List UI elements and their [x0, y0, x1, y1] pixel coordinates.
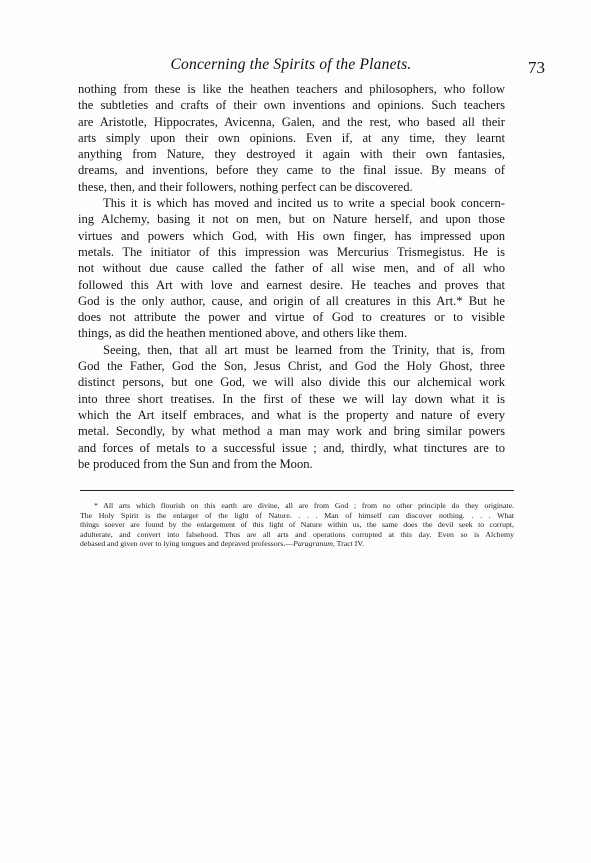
- book-page: Concerning the Spirits of the Planets. 7…: [0, 0, 591, 863]
- text-line: arts simply upon their own opinions. Eve…: [78, 130, 505, 146]
- footnote-line: things soever are found by the enlargeme…: [80, 520, 514, 530]
- footnote-text: debased and given over to lying tongues …: [80, 539, 293, 548]
- footnote-source-ref: , Tract IV.: [333, 539, 364, 548]
- text-line: things, as did the heathen mentioned abo…: [78, 325, 505, 341]
- footnote: * All arts which flourish on this earth …: [80, 501, 514, 549]
- text-line: nothing from these is like the heathen t…: [78, 81, 505, 97]
- footnote-line: The Holy Spirit is the enlarger of the l…: [80, 511, 514, 521]
- text-line: God is the only author, cause, and origi…: [78, 293, 505, 309]
- text-line: virtues and powers which God, with His o…: [78, 228, 505, 244]
- text-line: into three short treatises. In the first…: [78, 391, 505, 407]
- text-line: God the Father, God the Son, Jesus Chris…: [78, 358, 505, 374]
- text-line: be produced from the Sun and from the Mo…: [78, 456, 505, 472]
- footnote-line: * All arts which flourish on this earth …: [80, 501, 514, 511]
- footnote-line: adulterate, and convert into falsehood. …: [80, 530, 514, 540]
- text-line: followed this Art with love and earnest …: [78, 277, 505, 293]
- text-line: which the Art itself embraces, and what …: [78, 407, 505, 423]
- text-line: not without due cause called the father …: [78, 260, 505, 276]
- running-title: Concerning the Spirits of the Planets.: [78, 56, 504, 78]
- text-line: dreams, and inventions, before they came…: [78, 162, 505, 178]
- footnote-line: debased and given over to lying tongues …: [80, 539, 514, 549]
- footnote-source-title: Paragranum: [293, 539, 333, 548]
- paragraph-1: nothing from these is like the heathen t…: [78, 81, 505, 195]
- text-line: the subtleties and crafts of their own i…: [78, 97, 505, 113]
- text-line: and forces of metals to a successful iss…: [78, 440, 505, 456]
- page-number: 73: [528, 58, 545, 78]
- text-line: does not attribute the power and virtue …: [78, 309, 505, 325]
- text-line: ing Alchemy, basing it not on men, but o…: [78, 211, 505, 227]
- text-line: Seeing, then, that all art must be learn…: [78, 342, 505, 358]
- text-line: these, then, and their followers, nothin…: [78, 179, 505, 195]
- text-line: This it is which has moved and incited u…: [78, 195, 505, 211]
- text-line: distinct persons, but one God, we will a…: [78, 374, 505, 390]
- paragraph-2: This it is which has moved and incited u…: [78, 195, 505, 342]
- text-line: metal. Secondly, by what method a man ma…: [78, 423, 505, 439]
- paragraph-3: Seeing, then, that all art must be learn…: [78, 342, 505, 472]
- text-line: are Aristotle, Hippocrates, Avicenna, Ga…: [78, 114, 505, 130]
- text-line: anything from Nature, they destroyed it …: [78, 146, 505, 162]
- body-text: nothing from these is like the heathen t…: [78, 81, 505, 472]
- footnote-divider: [80, 490, 514, 491]
- text-line: metals. The initiator of this impression…: [78, 244, 505, 260]
